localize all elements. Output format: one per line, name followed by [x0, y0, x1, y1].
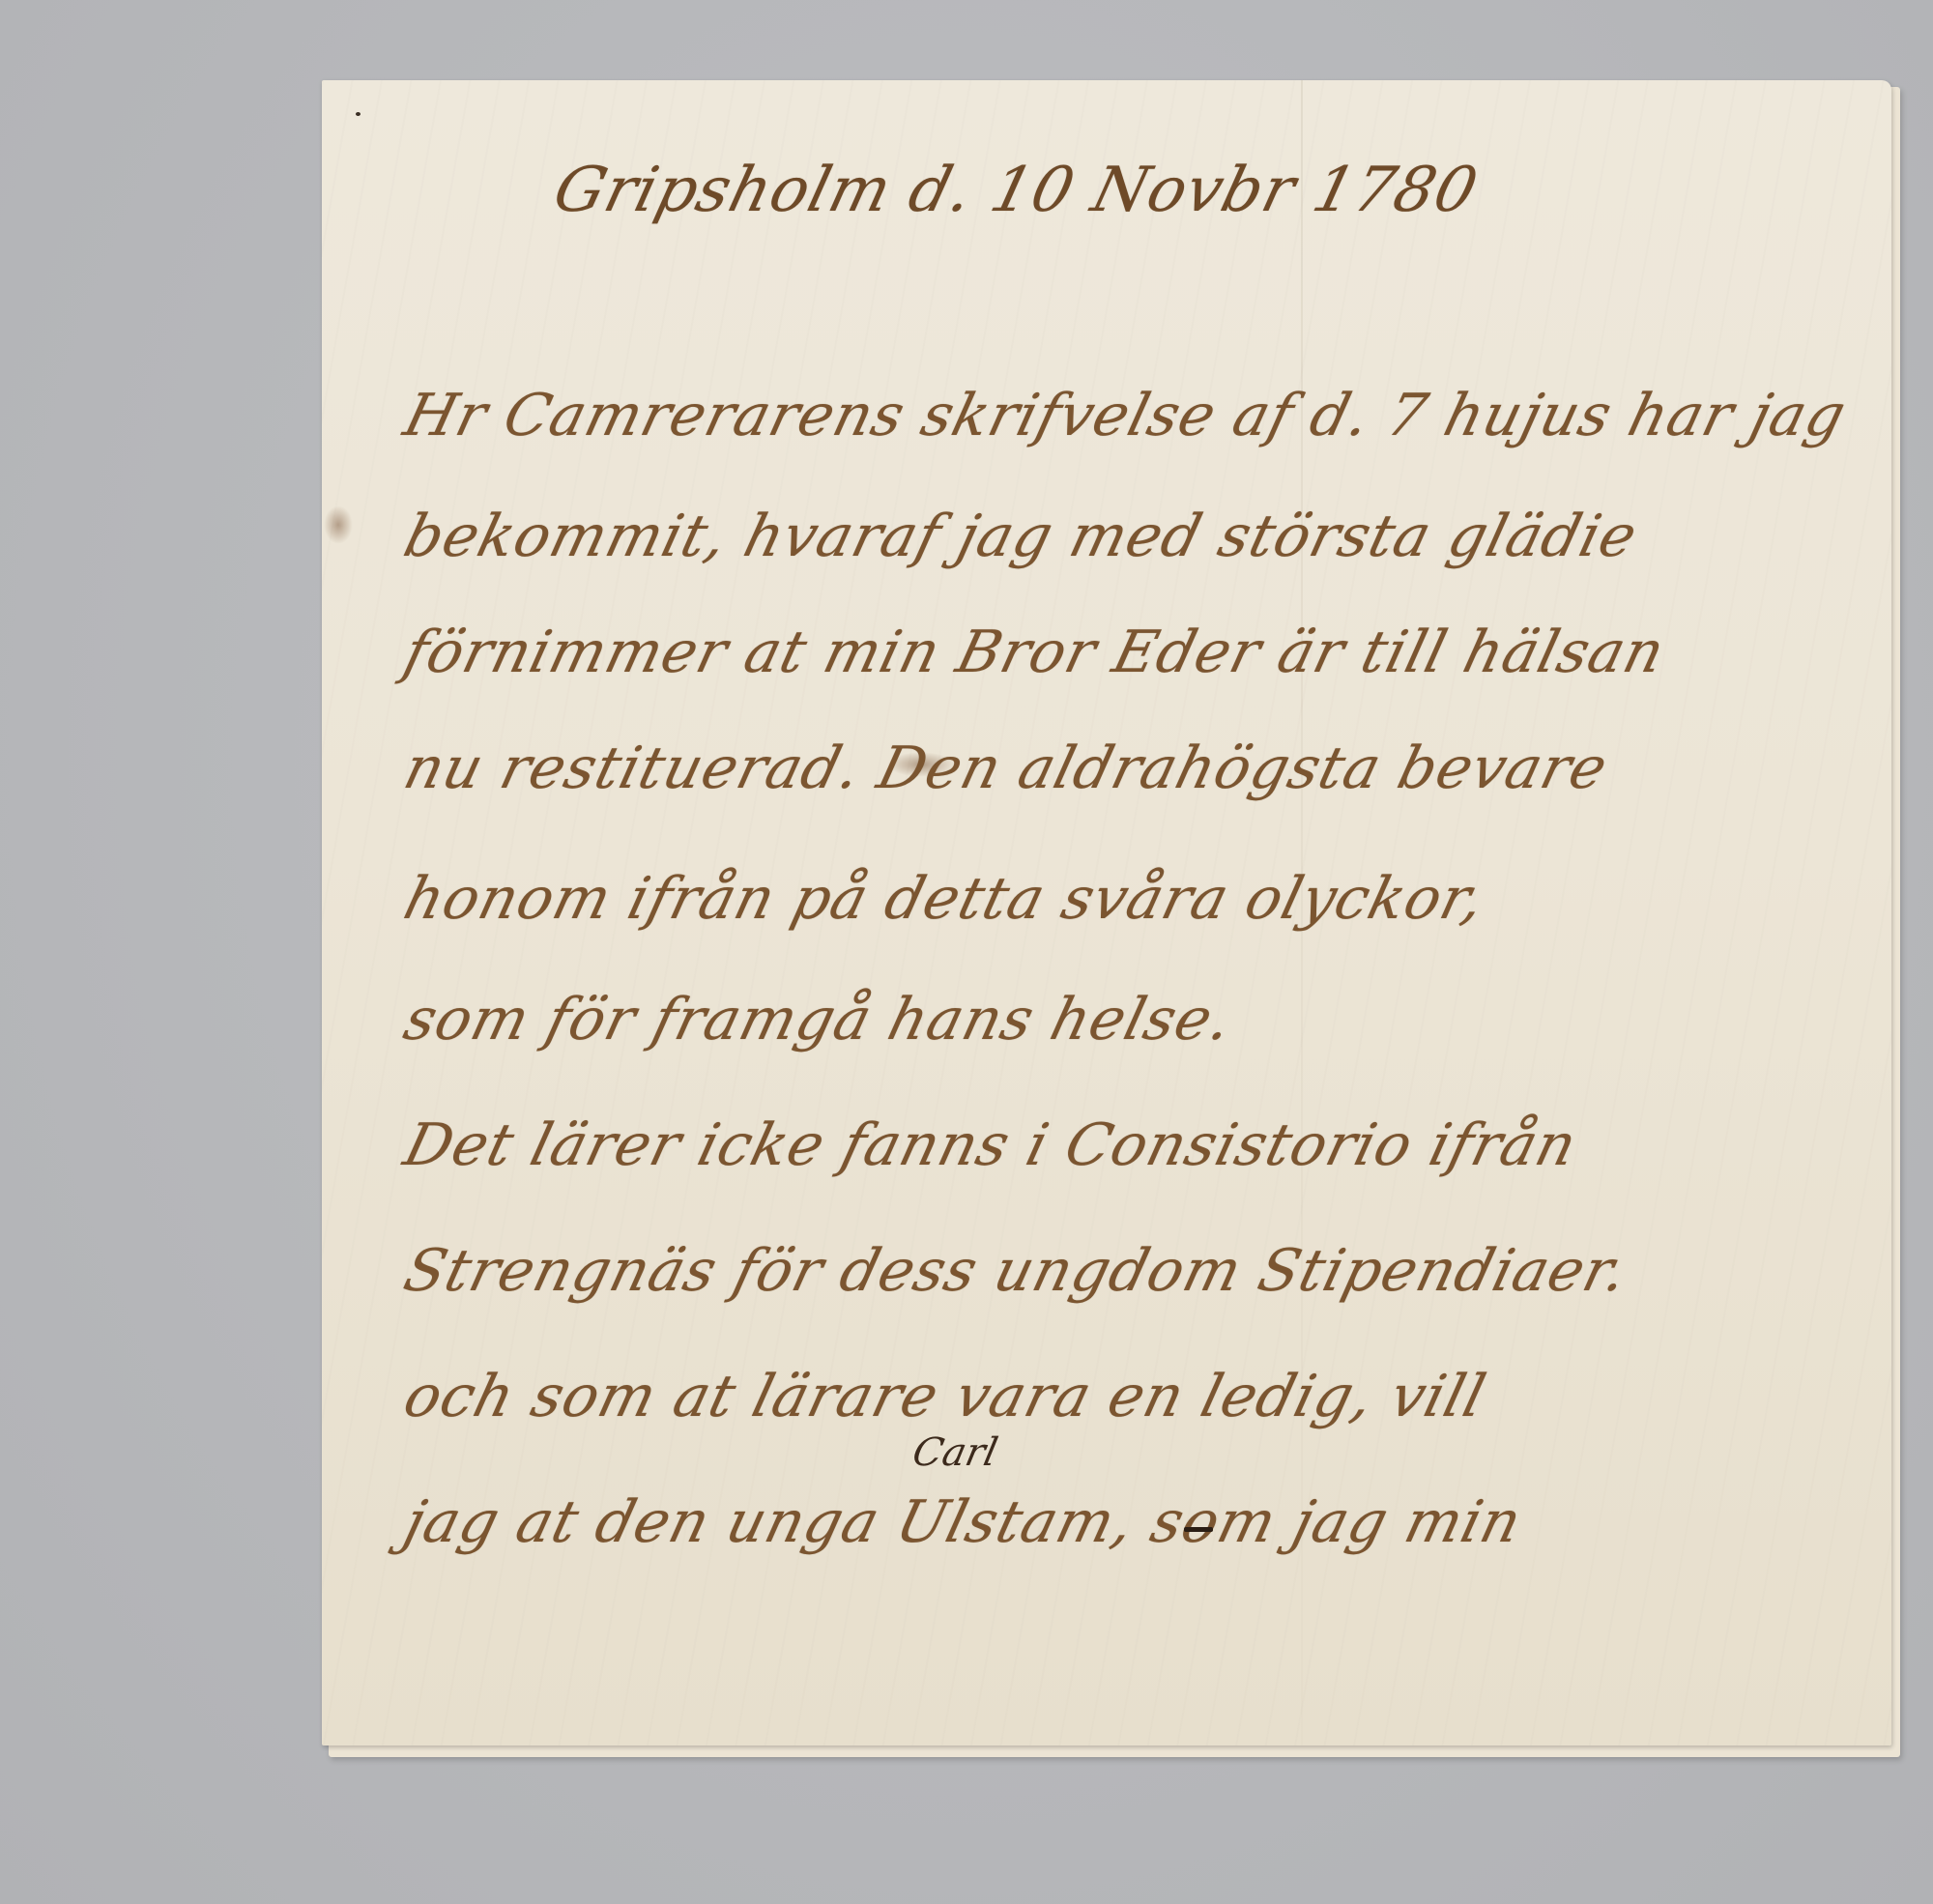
letter-line-4: nu restituerad. Den aldrahögsta bevare	[397, 735, 1614, 802]
letter-line-7: Det lärer icke fanns i Consistorio ifrån	[397, 1111, 1584, 1179]
letter-line-5: honom ifrån på detta svåra olyckor,	[397, 865, 1491, 933]
strikethrough-mark	[1184, 1527, 1213, 1532]
paper-speck	[356, 112, 361, 116]
interlinear-insertion-carl: Carl	[909, 1430, 1001, 1475]
letter-heading-place-date: Gripsholm d. 10 Novbr 1780	[547, 155, 1486, 226]
letter-line-2: bekommit, hvaraf jag med största glädie	[397, 503, 1644, 570]
letter-line-6: som för framgå hans helse.	[397, 986, 1239, 1053]
letter-line-9: och som at lärare vara en ledig, vill	[397, 1363, 1492, 1430]
letter-line-3: förnimmer at min Bror Eder är till hälsa…	[397, 619, 1671, 686]
ink-stain	[324, 505, 353, 544]
letter-line-1: Hr Camrerarens skrifvelse af d. 7 hujus …	[397, 382, 1853, 449]
letter-line-8: Strengnäs för dess ungdom Stipendiaer.	[397, 1237, 1634, 1305]
letter-line-10: jag at den unga Ulstam, som jag min	[397, 1488, 1528, 1556]
